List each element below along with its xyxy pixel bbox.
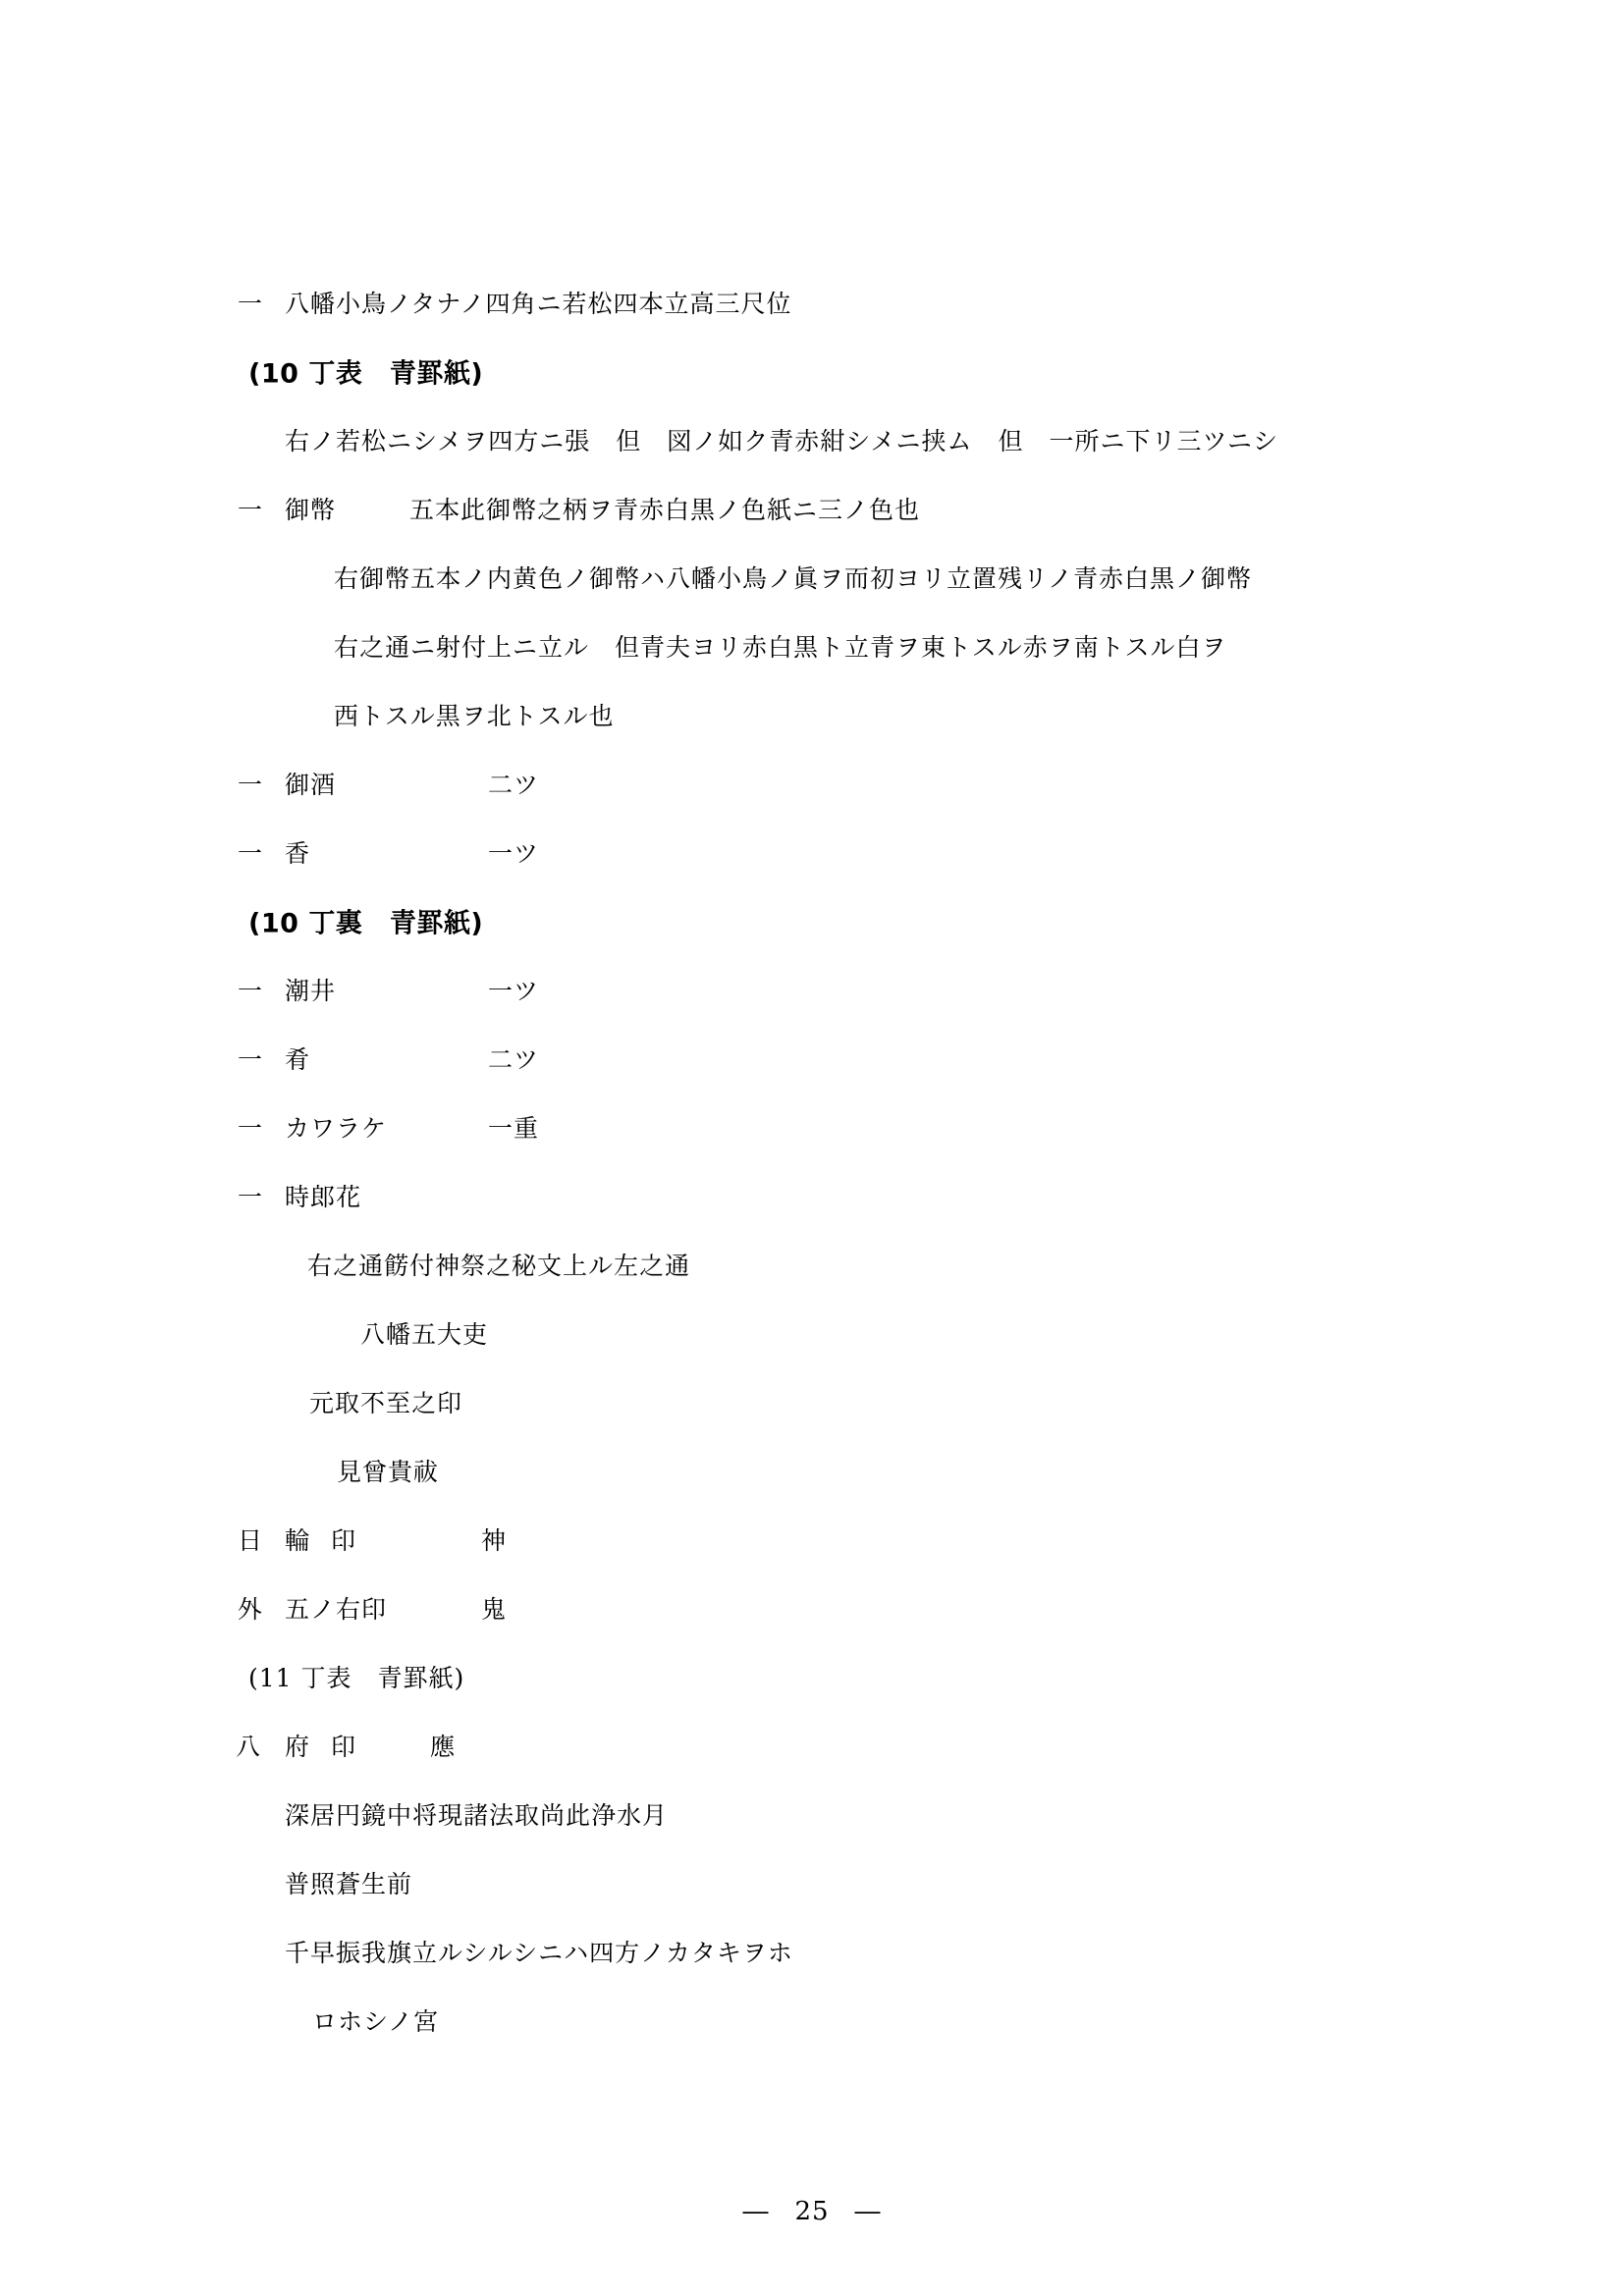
footer-left-bar: ― [742,2197,769,2226]
line-text: 右之通餝付神祭之秘文上ル左之通 [307,1247,690,1282]
text-line: 普照蒼生前 [0,1848,1624,1917]
text-line: 千早振我旗立ルシルシニハ四方ノカタキヲホ [0,1917,1624,1986]
line-text: 右ノ若松ニシメヲ四方ニ張 但 図ノ如ク青赤紺シメニ挟ム 但 一所ニ下リ三ツニシ [285,422,1278,457]
item-label: 肴 [285,1041,310,1076]
row-cell: 府 [285,1728,310,1763]
doc-body: 一八幡小鳥ノタナノ四角ニ若松四本立高三尺位(10 丁表 青罫紙)右ノ若松ニシメヲ… [0,268,1624,2055]
item-label: 香 [285,834,310,870]
list-item: 一香一ツ [0,818,1624,886]
text-line: 右之通ニ射付上ニ立ル 但青夫ヨリ赤白黒ト立青ヲ東トスル赤ヲ南トスル白ヲ [0,612,1624,680]
text-line: ロホシノ宮 [0,1986,1624,2055]
item-label: カワラケ [285,1109,387,1145]
item-label: 御幣 [285,491,336,526]
item-label: 御酒 [285,766,336,801]
row-cell: 輪 [285,1522,310,1557]
row-cell: 外 [238,1590,263,1626]
item-marker: 一 [238,1109,263,1145]
line-text: ロホシノ宮 [312,2002,439,2038]
header-text: (11 丁表 青罫紙) [248,1659,464,1694]
seal-row: 八府印應 [0,1711,1624,1780]
seal-row: 外五ノ右印鬼 [0,1574,1624,1642]
line-text: 見曾貴祓 [337,1453,439,1488]
item-value: 一重 [488,1109,539,1145]
text-line: 右御幣五本ノ内黄色ノ御幣ハ八幡小鳥ノ眞ヲ而初ヨリ立置残リノ青赤白黒ノ御幣 [0,543,1624,612]
text-line: 見曾貴祓 [0,1436,1624,1505]
item-marker: 一 [238,491,263,526]
row-cell: 印 [331,1728,356,1763]
footer-right-bar: ― [855,2197,882,2226]
text-line: 元取不至之印 [0,1367,1624,1436]
row-cell: 八 [236,1728,261,1763]
item-marker: 一 [238,1178,263,1213]
list-item: 一潮井一ツ [0,955,1624,1024]
item-label: 時郎花 [285,1178,361,1213]
line-text: 千早振我旗立ルシルシニハ四方ノカタキヲホ [285,1934,793,1969]
item-label: 八幡小鳥ノタナノ四角ニ若松四本立高三尺位 [285,285,792,320]
item-description: 五本此御幣之柄ヲ青赤白黒ノ色紙ニ三ノ色也 [409,491,920,526]
footer-page-number: 25 [794,2197,829,2226]
row-value: 神 [481,1522,507,1557]
item-label: 潮井 [285,972,336,1007]
line-text: 右之通ニ射付上ニ立ル 但青夫ヨリ赤白黒ト立青ヲ東トスル赤ヲ南トスル白ヲ [334,628,1227,664]
row-cell: 日 [238,1522,263,1557]
list-item: 一八幡小鳥ノタナノ四角ニ若松四本立高三尺位 [0,268,1624,337]
item-marker: 一 [238,285,263,320]
item-marker: 一 [238,1041,263,1076]
item-marker: 一 [238,972,263,1007]
seal-row: 日輪印神 [0,1505,1624,1574]
line-text: 西トスル黒ヲ北トスル也 [334,697,615,732]
line-text: 普照蒼生前 [285,1865,412,1900]
row-cell: 印 [331,1522,356,1557]
text-line: 右之通餝付神祭之秘文上ル左之通 [0,1230,1624,1299]
page: 一八幡小鳥ノタナノ四角ニ若松四本立高三尺位(10 丁表 青罫紙)右ノ若松ニシメヲ… [0,0,1624,2296]
item-marker: 一 [238,834,263,870]
row-value: 應 [430,1728,456,1763]
line-text: 深居円鏡中将現諸法取尚此浄水月 [285,1796,668,1832]
list-item: 一御幣五本此御幣之柄ヲ青赤白黒ノ色紙ニ三ノ色也 [0,474,1624,543]
text-line: 右ノ若松ニシメヲ四方ニ張 但 図ノ如ク青赤紺シメニ挟ム 但 一所ニ下リ三ツニシ [0,405,1624,474]
list-item: 一肴二ツ [0,1024,1624,1093]
section-header: (10 丁表 青罫紙) [0,337,1624,405]
header-text: (10 丁表 青罫紙) [248,352,483,391]
section-header: (10 丁裏 青罫紙) [0,886,1624,955]
list-item: 一時郎花 [0,1161,1624,1230]
row-cell: 五ノ右印 [285,1590,387,1626]
page-footer: ―25― [0,2197,1624,2226]
list-item: 一御酒二ツ [0,749,1624,818]
line-text: 右御幣五本ノ内黄色ノ御幣ハ八幡小鳥ノ眞ヲ而初ヨリ立置残リノ青赤白黒ノ御幣 [334,560,1252,595]
section-header: (11 丁表 青罫紙) [0,1642,1624,1711]
header-text: (10 丁裏 青罫紙) [248,902,483,940]
list-item: 一カワラケ一重 [0,1093,1624,1161]
text-line: 深居円鏡中将現諸法取尚此浄水月 [0,1780,1624,1848]
item-marker: 一 [238,766,263,801]
text-line: 西トスル黒ヲ北トスル也 [0,680,1624,749]
row-value: 鬼 [481,1590,507,1626]
text-line: 八幡五大吏 [0,1299,1624,1367]
item-value: 二ツ [488,766,539,801]
line-text: 元取不至之印 [309,1384,462,1419]
line-text: 八幡五大吏 [360,1315,488,1351]
item-value: 二ツ [488,1041,539,1076]
item-value: 一ツ [488,834,539,870]
item-value: 一ツ [488,972,539,1007]
